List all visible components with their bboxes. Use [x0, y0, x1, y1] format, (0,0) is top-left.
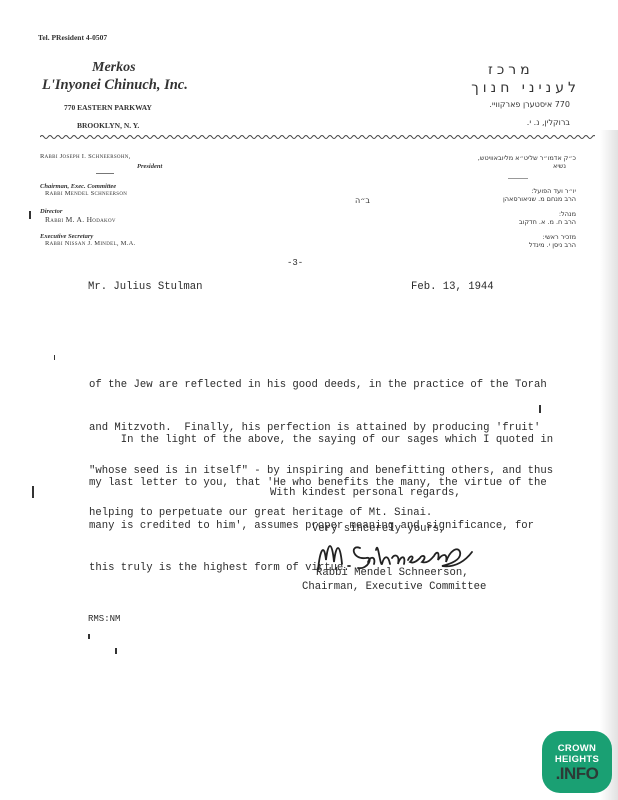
scan-mark — [32, 486, 34, 498]
hebrew-staff-president: כ״ק אדמו״ר שליט״א מליובאוויטש, נשיא — [380, 154, 576, 170]
divider — [508, 178, 528, 179]
staff-title: Executive Secretary — [40, 233, 136, 240]
logo-text-line3: .INFO — [542, 764, 612, 784]
address-line2: BROOKLYN, N. Y. — [77, 121, 139, 130]
staff-president: Rabbi Joseph I. Schneersohn, — [40, 153, 131, 160]
scan-mark — [29, 211, 31, 219]
text-line: In the light of the above, the saying of… — [89, 433, 553, 447]
scan-mark — [539, 405, 541, 413]
staff-name: נשיא — [380, 162, 566, 170]
scan-edge-shading — [600, 130, 618, 800]
recipient: Mr. Julius Stulman — [88, 280, 202, 294]
hebrew-address-line2: ברוקלין, נ. י. — [440, 118, 570, 127]
staff-title: Director — [40, 208, 116, 215]
staff-president-role: President — [137, 163, 162, 170]
hebrew-org-line1: מרכז — [488, 62, 534, 78]
staff-name: Rabbi Mendel Schneerson — [45, 190, 127, 197]
staff-chairman: Chairman, Exec. Committee Rabbi Mendel S… — [40, 183, 127, 197]
divider — [96, 173, 114, 174]
letter-date: Feb. 13, 1944 — [411, 280, 494, 294]
staff-title: מזכיר ראשי: — [380, 233, 576, 241]
hebrew-staff-director: מנהל: הרב ח. מ. א. חדקוב — [380, 210, 576, 226]
staff-executive-secretary: Executive Secretary Rabbi Nissan J. Mind… — [40, 233, 136, 247]
telephone-number: Tel. PResident 4-0507 — [38, 33, 107, 42]
staff-name: הרב ניסן י. מינדל — [380, 241, 576, 249]
crownheights-info-logo: CROWN HEIGHTS .INFO — [542, 731, 612, 793]
signer-name: Rabbi Mendel Schneerson, — [316, 566, 469, 580]
hebrew-staff-chairman: יו״ר ועד הפועל: הרב מנחם מ. שניאורסאהן — [380, 187, 576, 203]
org-name-line2: L'Inyonei Chinuch, Inc. — [42, 77, 188, 94]
staff-title: יו״ר ועד הפועל: — [380, 187, 576, 195]
page-number: -3- — [287, 258, 303, 268]
staff-role: President — [137, 163, 162, 170]
staff-name: Rabbi M. A. Hodakov — [45, 215, 116, 224]
hebrew-staff-secretary: מזכיר ראשי: הרב ניסן י. מינדל — [380, 233, 576, 249]
hebrew-address-line1: 770 איסטערן פארקוויי. — [440, 100, 570, 109]
text-line: of the Jew are reflected in his good dee… — [89, 378, 553, 392]
staff-name: הרב ח. מ. א. חדקוב — [380, 218, 576, 226]
staff-name: הרב מנחם מ. שניאורסאהן — [380, 195, 576, 203]
signer-title: Chairman, Executive Committee — [302, 580, 486, 594]
hebrew-org-line2: לעניני חנוך — [440, 80, 580, 96]
wavy-divider — [40, 132, 595, 142]
staff-name: Rabbi Joseph I. Schneersohn, — [40, 153, 131, 160]
staff-title: כ״ק אדמו״ר שליט״א מליובאוויטש, — [380, 154, 576, 162]
staff-title: מנהל: — [380, 210, 576, 218]
logo-text-line1: CROWN — [542, 743, 612, 754]
staff-name: Rabbi Nissan J. Mindel, M.A. — [45, 240, 136, 247]
reference-initials: RMS:NM — [88, 612, 120, 626]
org-name-line1: Merkos — [92, 60, 136, 76]
bsd-mark: ב״ה — [355, 196, 370, 205]
closing-regards: With kindest personal regards, — [270, 486, 461, 500]
staff-director: Director Rabbi M. A. Hodakov — [40, 208, 116, 224]
address-line1: 770 EASTERN PARKWAY — [64, 103, 152, 112]
scan-mark — [115, 648, 117, 654]
staff-title: Chairman, Exec. Committee — [40, 183, 127, 190]
scan-mark — [88, 634, 90, 639]
scan-mark — [54, 355, 55, 360]
